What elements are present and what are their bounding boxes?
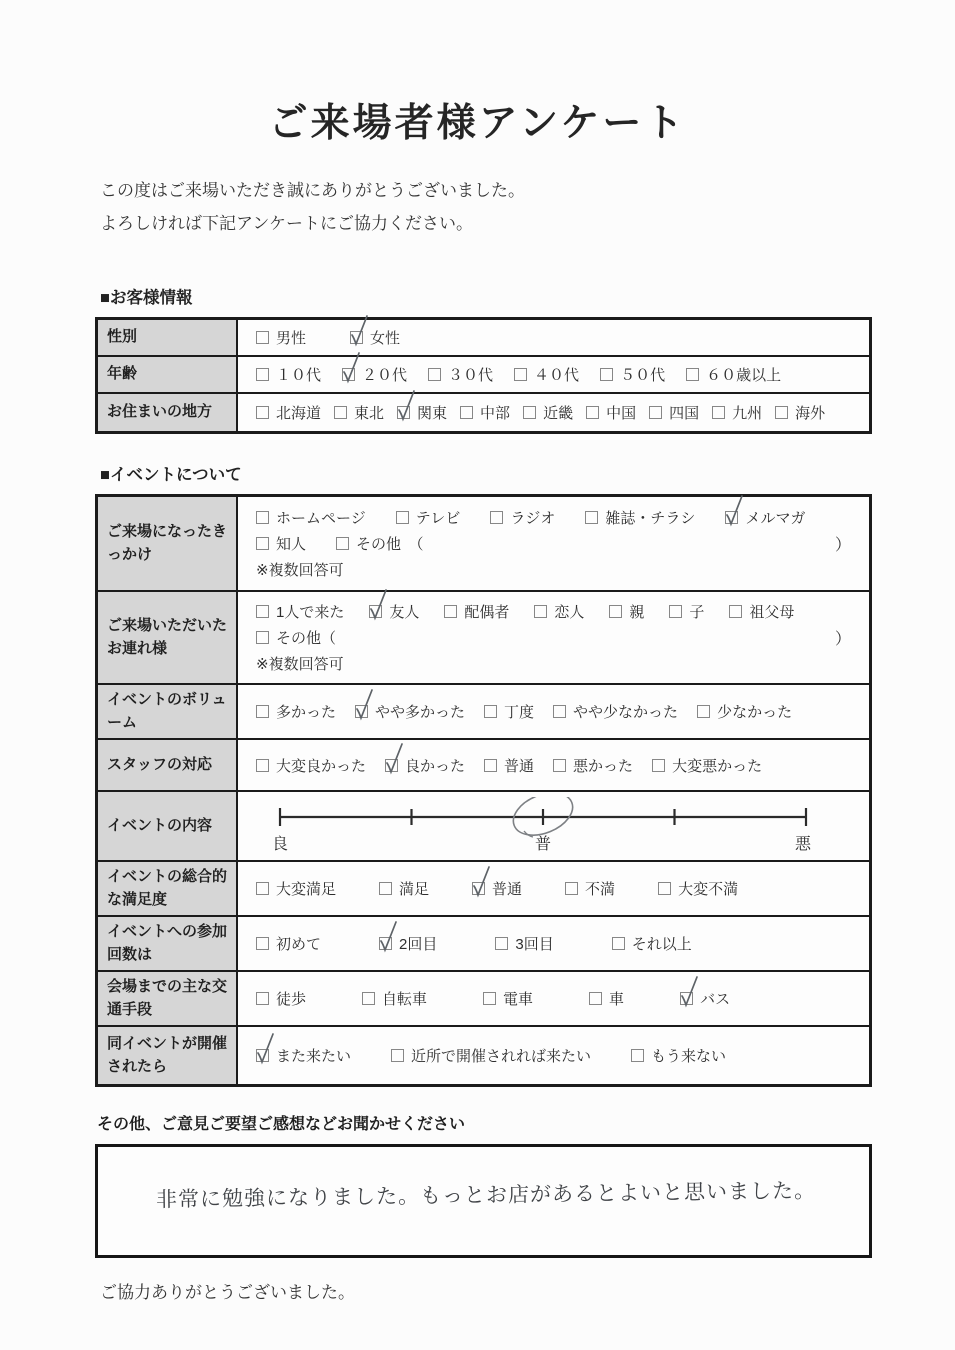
checkbox-option[interactable]: やや少なかった: [553, 701, 678, 722]
checkbox-icon: [396, 511, 409, 524]
checkbox-label: 祖父母: [749, 601, 794, 622]
checkbox-label: やや多かった: [375, 701, 465, 722]
table-row-transport: 会場までの主な交通手段 徒歩自転車電車車バス: [98, 972, 869, 1027]
row-options: 1人で来た友人配偶者恋人親子祖父母その他（）※複数回答可: [238, 592, 869, 683]
checkbox-label: 親: [629, 601, 644, 622]
row-label: スタッフの対応: [98, 740, 238, 790]
rating-scale: 良 普 悪: [238, 792, 869, 860]
option-line: 初めて2回目3回目それ以上: [256, 933, 855, 954]
rating-scale-line: 良 普 悪: [266, 797, 822, 855]
checkbox-icon: [775, 406, 788, 419]
checkbox-icon: [725, 511, 738, 524]
table-row-gender: 性別 男性女性: [98, 320, 869, 357]
checkbox-label: 不満: [585, 878, 615, 899]
checkbox-label: 恋人: [554, 601, 584, 622]
intro-line-1: この度はご来場いただき誠にありがとうございました。: [100, 174, 955, 207]
option-line: 知人その他 （）: [256, 532, 855, 555]
checkbox-option[interactable]: 大変不満: [658, 878, 738, 899]
checkbox-option[interactable]: 2回目: [379, 933, 437, 954]
checkbox-label: 海外: [795, 402, 825, 423]
checkbox-label: ３０代: [448, 364, 493, 385]
row-label: 性別: [98, 320, 238, 355]
table-row-visit-count: イベントへの参加回数は 初めて2回目3回目それ以上: [98, 917, 869, 972]
scanned-survey-page: ご来場者様アンケート この度はご来場いただき誠にありがとうございました。 よろし…: [0, 0, 955, 1350]
checkbox-option[interactable]: 近所で開催されれば来たい: [391, 1045, 591, 1066]
checkbox-icon: [256, 937, 269, 950]
checkbox-icon: [460, 406, 473, 419]
checkbox-label: テレビ: [416, 507, 461, 528]
comment-box[interactable]: 非常に勉強になりました。もっとお店があるとよいと思いました。: [95, 1144, 872, 1258]
checkbox-label: 中部: [480, 402, 510, 423]
option-line: 男性女性: [256, 327, 855, 348]
checkbox-label: 大変不満: [678, 878, 738, 899]
checkbox-label: 知人: [276, 533, 306, 554]
checkbox-icon: [523, 406, 536, 419]
checkbox-icon: [612, 937, 625, 950]
option-line: その他（）: [256, 626, 855, 649]
checkbox-option[interactable]: 東北: [334, 402, 384, 423]
checkbox-label: 良かった: [405, 755, 465, 776]
checkbox-label: 九州: [732, 402, 762, 423]
option-line: 大変満足満足普通不満大変不満: [256, 878, 855, 899]
checkbox-option[interactable]: ２０代: [342, 364, 407, 385]
checkbox-option[interactable]: 配偶者: [444, 601, 509, 622]
scale-label-normal: 普: [535, 835, 551, 853]
checkbox-label: 友人: [389, 601, 419, 622]
checkbox-option[interactable]: それ以上: [612, 933, 692, 954]
checkbox-label: 大変悪かった: [672, 755, 762, 776]
checkbox-option[interactable]: 大変良かった: [256, 755, 366, 776]
checkbox-icon: [256, 331, 269, 344]
check-mark-icon: [254, 1032, 278, 1066]
checkbox-label: 雑誌・チラシ: [605, 507, 695, 528]
checkbox-label: メルマガ: [745, 507, 805, 528]
checkbox-icon: [336, 537, 349, 550]
option-line: 徒歩自転車電車車バス: [256, 988, 855, 1009]
checkbox-label: バス: [700, 988, 730, 1009]
table-row-content-scale: イベントの内容 良 普 悪: [98, 792, 869, 862]
checkbox-icon: [444, 605, 457, 618]
checkbox-label: 男性: [276, 327, 306, 348]
checkbox-label: 子: [689, 601, 704, 622]
checkbox-icon: [729, 605, 742, 618]
checkbox-icon: [256, 537, 269, 550]
row-label: イベントへの参加回数は: [98, 917, 238, 970]
checkbox-icon: [483, 992, 496, 1005]
checkbox-option[interactable]: 恋人: [534, 601, 584, 622]
checkbox-option[interactable]: 大変悪かった: [652, 755, 762, 776]
checkbox-label: やや少なかった: [573, 701, 678, 722]
checkbox-icon: [256, 705, 269, 718]
scale-label-bad: 悪: [795, 835, 812, 853]
checkbox-option[interactable]: 電車: [483, 988, 533, 1009]
checkbox-label: 丁度: [504, 701, 534, 722]
scale-label-good: 良: [272, 835, 288, 853]
checkbox-label: 悪かった: [573, 755, 633, 776]
table-row-volume: イベントのボリューム 多かったやや多かった丁度やや少なかった少なかった: [98, 685, 869, 740]
checkbox-icon: [609, 605, 622, 618]
check-mark-icon: [353, 688, 377, 722]
row-options: １０代２０代３０代４０代５０代６０歳以上: [238, 357, 869, 392]
checkbox-icon: [484, 759, 497, 772]
checkbox-icon: [428, 368, 441, 381]
row-label: ご来場いただいたお連れ様: [98, 592, 238, 683]
checkbox-label: 近畿: [543, 402, 573, 423]
closing-paren: ）: [835, 626, 855, 649]
checkbox-option[interactable]: 満足: [379, 878, 429, 899]
checkbox-label: 電車: [503, 988, 533, 1009]
check-mark-icon: [678, 975, 702, 1009]
check-mark-icon: [340, 351, 364, 385]
checkbox-icon: [490, 511, 503, 524]
checkbox-option[interactable]: ５０代: [600, 364, 665, 385]
checkbox-icon: [712, 406, 725, 419]
checkbox-option[interactable]: 徒歩: [256, 988, 306, 1009]
checkbox-option[interactable]: もう来ない: [631, 1045, 726, 1066]
checkbox-label: 近所で開催されれば来たい: [411, 1045, 591, 1066]
checkbox-option[interactable]: その他 （: [336, 533, 424, 554]
checkbox-label: 2回目: [399, 933, 437, 954]
checkbox-option[interactable]: また来たい: [256, 1045, 351, 1066]
closing-paren: ）: [835, 532, 855, 555]
checkbox-option[interactable]: 男性: [256, 327, 306, 348]
checkbox-option[interactable]: 北海道: [256, 402, 321, 423]
customer-info-table: 性別 男性女性 年齢 １０代２０代３０代４０代５０代６０歳以上 お住まいの地方 …: [95, 317, 872, 434]
checkbox-icon: [256, 759, 269, 772]
checkbox-option[interactable]: 少なかった: [697, 701, 792, 722]
checkbox-icon: [553, 759, 566, 772]
check-mark-icon: [470, 865, 494, 899]
checkbox-icon: [534, 605, 547, 618]
checkbox-icon: [658, 882, 671, 895]
checkbox-label: 車: [609, 988, 624, 1009]
checkbox-icon: [342, 368, 355, 381]
row-label: お住まいの地方: [98, 394, 238, 431]
intro-line-2: よろしければ下記アンケートにご協力ください。: [100, 207, 955, 240]
checkbox-option[interactable]: 普通: [472, 878, 522, 899]
checkbox-icon: [385, 759, 398, 772]
checkbox-option[interactable]: 多かった: [256, 701, 336, 722]
checkbox-label: 自転車: [382, 988, 427, 1009]
checkbox-icon: [495, 937, 508, 950]
checkbox-option[interactable]: その他（: [256, 627, 336, 648]
checkbox-icon: [379, 882, 392, 895]
row-options: 大変良かった良かった普通悪かった大変悪かった: [238, 740, 869, 790]
checkbox-label: 多かった: [276, 701, 336, 722]
option-line: １０代２０代３０代４０代５０代６０歳以上: [256, 364, 855, 385]
checkbox-option[interactable]: 車: [589, 988, 624, 1009]
row-label: 年齢: [98, 357, 238, 392]
checkbox-label: 大変良かった: [276, 755, 366, 776]
checkbox-icon: [697, 705, 710, 718]
checkbox-option[interactable]: 知人: [256, 533, 306, 554]
checkbox-icon: [484, 705, 497, 718]
checkbox-label: 満足: [399, 878, 429, 899]
section-heading-customer-info: ■お客様情報: [100, 284, 955, 308]
checkbox-option[interactable]: 初めて: [256, 933, 321, 954]
checkbox-option[interactable]: ３０代: [428, 364, 493, 385]
checkbox-option[interactable]: 近畿: [523, 402, 573, 423]
checkbox-icon: [589, 992, 602, 1005]
row-label: イベントの総合的な満足度: [98, 862, 238, 915]
checkbox-option[interactable]: 子: [669, 601, 704, 622]
checkbox-label: ６０歳以上: [706, 364, 781, 385]
checkbox-label: 関東: [417, 402, 447, 423]
option-line: また来たい近所で開催されれば来たいもう来ない: [256, 1045, 855, 1066]
multiple-answers-note: ※複数回答可: [256, 559, 344, 580]
multiple-answers-note: ※複数回答可: [256, 653, 344, 674]
checkbox-label: それ以上: [632, 933, 692, 954]
checkbox-icon: [256, 882, 269, 895]
checkbox-label: その他 （: [356, 533, 424, 554]
checkbox-label: ４０代: [534, 364, 579, 385]
checkbox-label: 配偶者: [464, 601, 509, 622]
option-line: ※複数回答可: [256, 559, 855, 580]
checkbox-option[interactable]: 親: [609, 601, 644, 622]
event-table: ご来場になったきっかけ ホームページテレビラジオ雑誌・チラシメルマガ知人その他 …: [95, 494, 872, 1087]
checkbox-icon: [686, 368, 699, 381]
checkbox-option[interactable]: 祖父母: [729, 601, 794, 622]
table-row-satisfaction: イベントの総合的な満足度 大変満足満足普通不満大変不満: [98, 862, 869, 917]
row-label: 同イベントが開催されたら: [98, 1027, 238, 1084]
option-line: 大変良かった良かった普通悪かった大変悪かった: [256, 755, 855, 776]
check-mark-icon: [395, 389, 419, 423]
checkbox-icon: [397, 406, 410, 419]
checkbox-icon: [355, 705, 368, 718]
check-mark-icon: [723, 494, 747, 528]
checkbox-option[interactable]: 大変満足: [256, 878, 336, 899]
checkbox-option[interactable]: 自転車: [362, 988, 427, 1009]
check-mark-icon: [383, 742, 407, 776]
checkbox-label: また来たい: [276, 1045, 351, 1066]
footer-text: ご協力ありがとうございました。: [100, 1278, 955, 1303]
handwritten-comment: 非常に勉強になりました。もっとお店があるとよいと思いました。: [156, 1174, 816, 1213]
check-mark-icon: [367, 588, 391, 622]
checkbox-label: 少なかった: [717, 701, 792, 722]
checkbox-icon: [585, 511, 598, 524]
checkbox-icon: [553, 705, 566, 718]
checkbox-option[interactable]: 中国: [586, 402, 636, 423]
checkbox-option[interactable]: １０代: [256, 364, 321, 385]
checkbox-label: ５０代: [620, 364, 665, 385]
checkbox-label: 普通: [492, 878, 522, 899]
checkbox-option[interactable]: 丁度: [484, 701, 534, 722]
row-label: ご来場になったきっかけ: [98, 497, 238, 590]
checkbox-option[interactable]: 1人で来た: [256, 601, 344, 622]
checkbox-option[interactable]: 女性: [350, 327, 400, 348]
checkbox-option[interactable]: 九州: [712, 402, 762, 423]
checkbox-label: 北海道: [276, 402, 321, 423]
checkbox-label: ２０代: [362, 364, 407, 385]
checkbox-label: もう来ない: [651, 1045, 726, 1066]
checkbox-option[interactable]: メルマガ: [725, 507, 805, 528]
checkbox-icon: [669, 605, 682, 618]
row-label: 会場までの主な交通手段: [98, 972, 238, 1025]
table-row-region: お住まいの地方 北海道東北関東中部近畿中国四国九州海外: [98, 394, 869, 431]
checkbox-label: 普通: [504, 755, 534, 776]
checkbox-icon: [680, 992, 693, 1005]
checkbox-option[interactable]: 友人: [369, 601, 419, 622]
checkbox-icon: [379, 937, 392, 950]
checkbox-icon: [256, 605, 269, 618]
checkbox-option[interactable]: ラジオ: [490, 507, 555, 528]
checkbox-label: 四国: [669, 402, 699, 423]
table-row-how-heard: ご来場になったきっかけ ホームページテレビラジオ雑誌・チラシメルマガ知人その他 …: [98, 497, 869, 592]
option-line: ※複数回答可: [256, 653, 855, 674]
row-options: ホームページテレビラジオ雑誌・チラシメルマガ知人その他 （）※複数回答可: [238, 497, 869, 590]
option-line: ホームページテレビラジオ雑誌・チラシメルマガ: [256, 507, 855, 528]
check-mark-icon: [348, 314, 372, 348]
checkbox-icon: [391, 1049, 404, 1062]
checkbox-label: 初めて: [276, 933, 321, 954]
checkbox-icon: [514, 368, 527, 381]
page-title: ご来場者様アンケート: [0, 0, 955, 148]
checkbox-icon: [334, 406, 347, 419]
checkbox-label: 東北: [354, 402, 384, 423]
checkbox-label: 3回目: [515, 933, 553, 954]
table-row-staff: スタッフの対応 大変良かった良かった普通悪かった大変悪かった: [98, 740, 869, 792]
checkbox-option[interactable]: ４０代: [514, 364, 579, 385]
section-heading-event: ■イベントについて: [100, 461, 955, 485]
checkbox-icon: [256, 406, 269, 419]
checkbox-icon: [362, 992, 375, 1005]
row-label: イベントの内容: [98, 792, 238, 860]
row-options: また来たい近所で開催されれば来たいもう来ない: [238, 1027, 869, 1084]
checkbox-icon: [472, 882, 485, 895]
checkbox-option[interactable]: ホームページ: [256, 507, 366, 528]
row-options: 多かったやや多かった丁度やや少なかった少なかった: [238, 685, 869, 738]
row-options: 徒歩自転車電車車バス: [238, 972, 869, 1025]
row-options: 大変満足満足普通不満大変不満: [238, 862, 869, 915]
checkbox-label: 中国: [606, 402, 636, 423]
comment-prompt: その他、ご意見ご要望ご感想などお聞かせください: [97, 1111, 955, 1134]
option-line: 1人で来た友人配偶者恋人親子祖父母: [256, 601, 855, 622]
checkbox-option[interactable]: 海外: [775, 402, 825, 423]
checkbox-icon: [256, 992, 269, 1005]
checkbox-icon: [350, 331, 363, 344]
checkbox-label: その他（: [276, 627, 336, 648]
option-line: 北海道東北関東中部近畿中国四国九州海外: [256, 402, 855, 423]
table-row-companions: ご来場いただいたお連れ様 1人で来た友人配偶者恋人親子祖父母その他（）※複数回答…: [98, 592, 869, 685]
checkbox-label: １０代: [276, 364, 321, 385]
checkbox-icon: [631, 1049, 644, 1062]
row-label: イベントのボリューム: [98, 685, 238, 738]
checkbox-label: 大変満足: [276, 878, 336, 899]
checkbox-icon: [369, 605, 382, 618]
checkbox-option[interactable]: 雑誌・チラシ: [585, 507, 695, 528]
table-row-age: 年齢 １０代２０代３０代４０代５０代６０歳以上: [98, 357, 869, 394]
row-options: 北海道東北関東中部近畿中国四国九州海外: [238, 394, 869, 431]
checkbox-icon: [256, 368, 269, 381]
table-row-return-intent: 同イベントが開催されたら また来たい近所で開催されれば来たいもう来ない: [98, 1027, 869, 1084]
checkbox-icon: [565, 882, 578, 895]
checkbox-label: ホームページ: [276, 507, 366, 528]
checkbox-label: 女性: [370, 327, 400, 348]
checkbox-icon: [256, 631, 269, 644]
checkbox-option[interactable]: やや多かった: [355, 701, 465, 722]
checkbox-option[interactable]: 不満: [565, 878, 615, 899]
checkbox-option[interactable]: 普通: [484, 755, 534, 776]
checkbox-option[interactable]: 関東: [397, 402, 447, 423]
checkbox-option[interactable]: 悪かった: [553, 755, 633, 776]
checkbox-icon: [652, 759, 665, 772]
checkbox-option[interactable]: ６０歳以上: [686, 364, 781, 385]
checkbox-icon: [256, 1049, 269, 1062]
checkbox-icon: [586, 406, 599, 419]
checkbox-option[interactable]: 四国: [649, 402, 699, 423]
check-mark-icon: [377, 920, 401, 954]
checkbox-label: 徒歩: [276, 988, 306, 1009]
checkbox-option[interactable]: バス: [680, 988, 730, 1009]
checkbox-option[interactable]: 3回目: [495, 933, 553, 954]
option-line: 多かったやや多かった丁度やや少なかった少なかった: [256, 701, 855, 722]
row-options: 男性女性: [238, 320, 869, 355]
intro-text: この度はご来場いただき誠にありがとうございました。 よろしければ下記アンケートに…: [100, 174, 955, 240]
checkbox-icon: [600, 368, 613, 381]
checkbox-label: 1人で来た: [276, 601, 344, 622]
row-options: 初めて2回目3回目それ以上: [238, 917, 869, 970]
checkbox-option[interactable]: 良かった: [385, 755, 465, 776]
checkbox-icon: [256, 511, 269, 524]
checkbox-option[interactable]: 中部: [460, 402, 510, 423]
checkbox-label: ラジオ: [510, 507, 555, 528]
checkbox-icon: [649, 406, 662, 419]
checkbox-option[interactable]: テレビ: [396, 507, 461, 528]
